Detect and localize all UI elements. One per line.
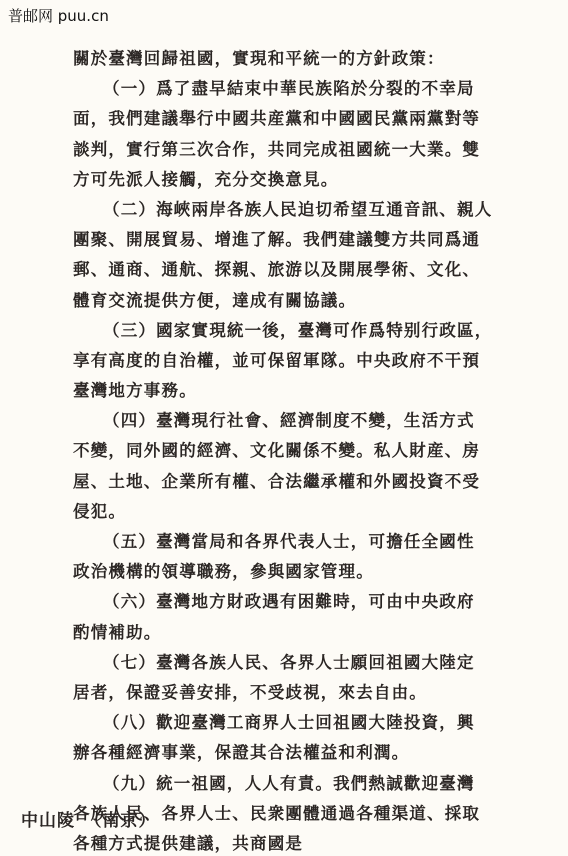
text-line: （四）臺灣現行社會、經濟制度不變，生活方式 bbox=[73, 406, 513, 436]
text-line: 侵犯。 bbox=[73, 497, 513, 527]
site-watermark: 普邮网 puu.cn bbox=[8, 5, 109, 26]
document-body: 關於臺灣回歸祖國，實現和平統一的方針政策： （一）爲了盡早結束中華民族陷於分裂的… bbox=[73, 44, 513, 856]
text-line: 談判，實行第三次合作，共同完成祖國統一大業。雙 bbox=[73, 135, 513, 165]
text-line: 政治機構的領導職務，參與國家管理。 bbox=[73, 557, 513, 587]
text-line: 面，我們建議舉行中國共産黨和中國國民黨兩黨對等 bbox=[73, 104, 513, 134]
text-line: 享有高度的自治權，並可保留軍隊。中央政府不干預 bbox=[73, 346, 513, 376]
text-line: （六）臺灣地方財政遇有困難時，可由中央政府 bbox=[73, 587, 513, 617]
text-line: 辦各種經濟事業，保證其合法權益和利潤。 bbox=[73, 738, 513, 768]
text-line: （五）臺灣當局和各界代表人士，可擔任全國性 bbox=[73, 527, 513, 557]
text-line: 方可先派人接觸，充分交換意見。 bbox=[73, 165, 513, 195]
text-line: （二）海峽兩岸各族人民迫切希望互通音訊、親人 bbox=[73, 195, 513, 225]
text-line: （九）統一祖國，人人有責。我們熱誠歡迎臺灣 bbox=[73, 769, 513, 799]
text-line: （三）國家實現統一後，臺灣可作爲特别行政區， bbox=[73, 316, 513, 346]
text-line: 居者，保證妥善安排，不受歧視，來去自由。 bbox=[73, 678, 513, 708]
text-line: （一）爲了盡早結束中華民族陷於分裂的不幸局 bbox=[73, 74, 513, 104]
text-line: 團聚、開展貿易、增進了解。我們建議雙方共同爲通 bbox=[73, 225, 513, 255]
text-line: 郵、通商、通航、探親、旅游以及開展學術、文化、 bbox=[73, 255, 513, 285]
text-line: 臺灣地方事務。 bbox=[73, 376, 513, 406]
text-line: 屋、土地、企業所有權、合法繼承權和外國投資不受 bbox=[73, 467, 513, 497]
text-line: 體育交流提供方便，達成有關協議。 bbox=[73, 286, 513, 316]
text-line: （七）臺灣各族人民、各界人士願回祖國大陸定 bbox=[73, 648, 513, 678]
text-line: 各種方式提供建議，共商國是 bbox=[73, 829, 513, 856]
text-line: 不變，同外國的經濟、文化關係不變。私人財産、房 bbox=[73, 436, 513, 466]
photo-caption: 中山陵 （南京） bbox=[21, 806, 157, 831]
text-line: 關於臺灣回歸祖國，實現和平統一的方針政策： bbox=[73, 44, 513, 74]
text-line: （八）歡迎臺灣工商界人士回祖國大陸投資，興 bbox=[73, 708, 513, 738]
text-line: 酌情補助。 bbox=[73, 618, 513, 648]
